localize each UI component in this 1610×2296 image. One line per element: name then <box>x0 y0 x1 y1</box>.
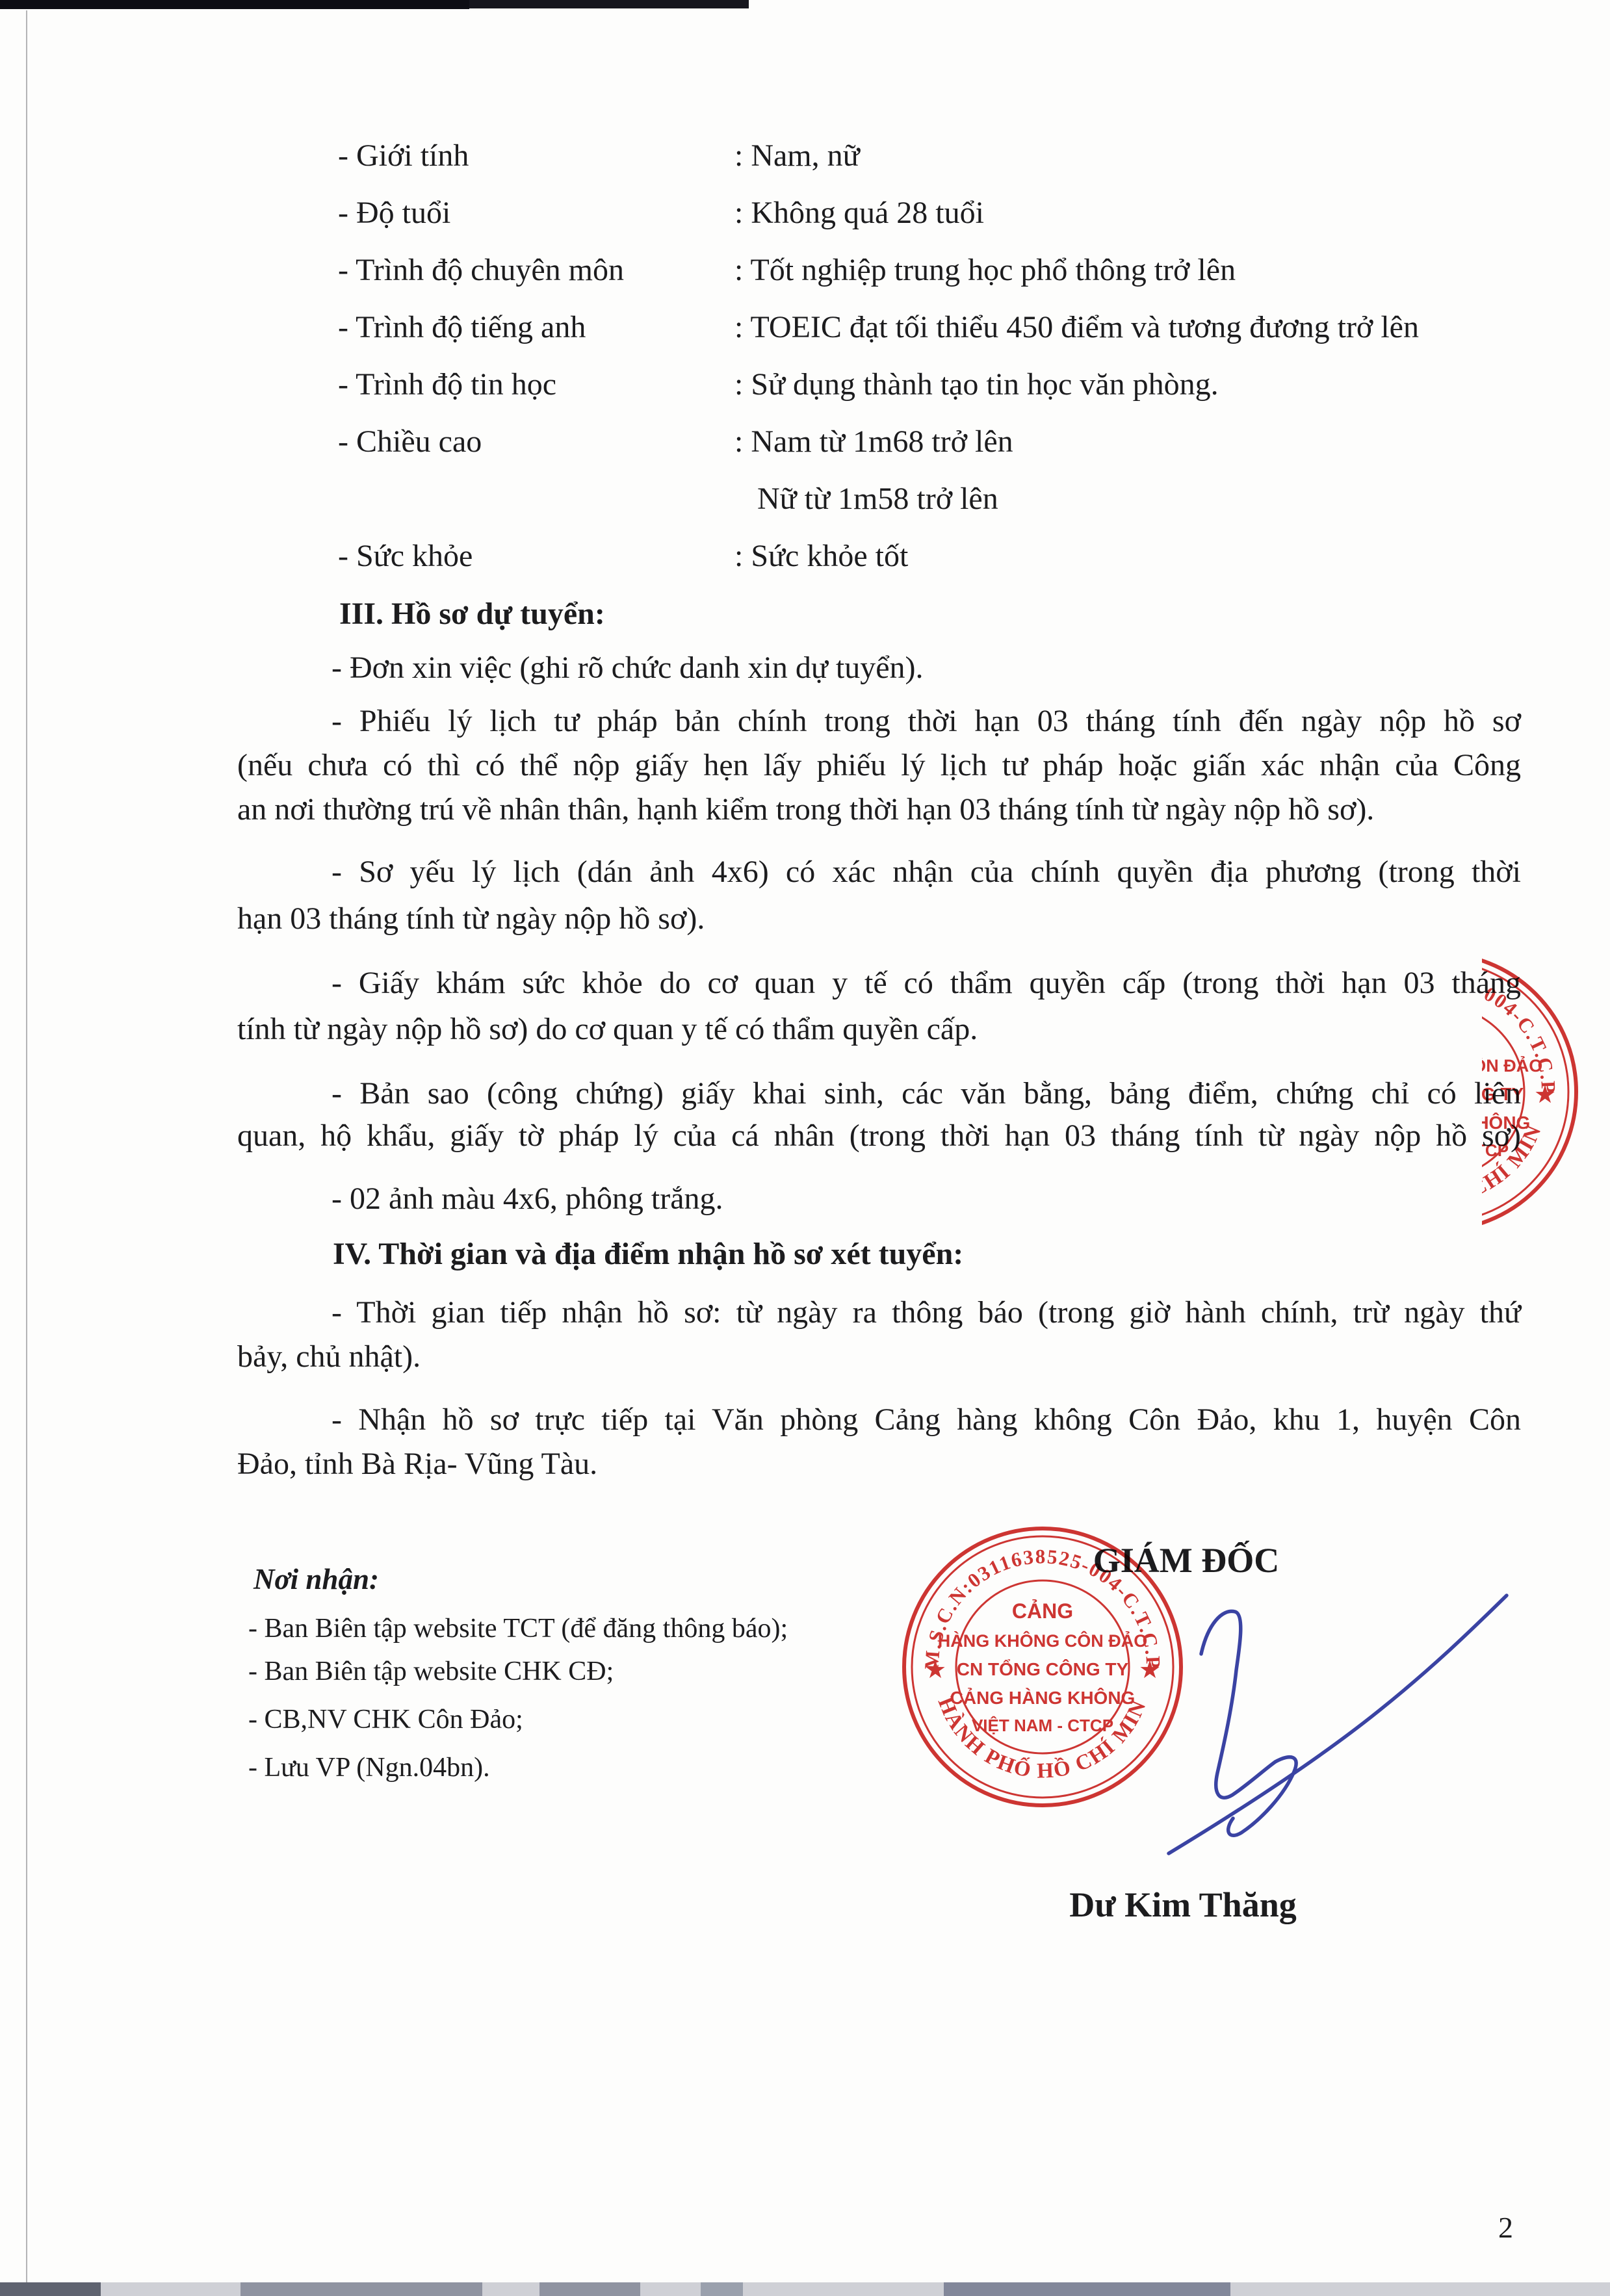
scan-artifact-bottom-segment <box>701 2282 743 2296</box>
seal-star-left-icon: ★ <box>924 1657 946 1684</box>
page-number: 2 <box>1498 2208 1513 2247</box>
requirement-label: - Độ tuổi <box>338 194 450 233</box>
section4-line: bảy, chủ nhật). <box>237 1337 421 1376</box>
section3-line: - 02 ảnh màu 4x6, phông trắng. <box>331 1180 723 1219</box>
seal-star-right-icon: ★ <box>1534 1081 1556 1109</box>
svg-text:M.S.C.N:0311638525-004-C.T.C.P: M.S.C.N:0311638525-004-C.T.C.P <box>1482 970 1560 1095</box>
seal-center-line: HÀNG KHÔNG CÔN ĐẢO <box>1482 1055 1542 1076</box>
document-page: - Giới tính : Nam, nữ - Độ tuổi : Không … <box>0 0 1610 2296</box>
seal-ring-top-text: M.S.C.N:0311638525-004-C.T.C.P <box>1482 970 1560 1095</box>
requirement-value: : Nam, nữ <box>734 136 860 175</box>
requirement-label: - Chiều cao <box>338 422 482 461</box>
requirement-label: - Trình độ tiếng anh <box>338 308 586 347</box>
section4-heading: IV. Thời gian và địa điểm nhận hồ sơ xét… <box>333 1235 963 1274</box>
section3-line: tính từ ngày nộp hồ sơ) do cơ quan y tế … <box>237 1010 978 1049</box>
scan-artifact-bottom-segment <box>944 2282 1230 2296</box>
section3-line: quan, hộ khẩu, giấy tờ pháp lý của cá nh… <box>237 1116 1521 1155</box>
requirement-value: : Nam từ 1m68 trở lên <box>734 422 1013 461</box>
requirement-label: - Trình độ tin học <box>338 365 556 404</box>
seal-center-line: VIỆT NAM - CTCP <box>1482 1141 1509 1160</box>
requirement-label: - Sức khỏe <box>338 537 473 576</box>
seal-center-line: CN TỔNG CÔNG TY <box>957 1658 1129 1679</box>
requirement-value: : Không quá 28 tuổi <box>734 194 984 233</box>
section4-line: - Nhận hồ sơ trực tiếp tại Văn phòng Cản… <box>237 1400 1521 1439</box>
section3-line: - Sơ yếu lý lịch (dán ảnh 4x6) có xác nh… <box>237 853 1521 892</box>
recipient-item: - CB,NV CHK Côn Đảo; <box>248 1702 523 1737</box>
seal-center-line: CẢNG HÀNG KHÔNG <box>1482 1112 1530 1133</box>
seal-center-line: CẢNG <box>1012 1599 1073 1623</box>
section3-line: - Giấy khám sức khỏe do cơ quan y tế có … <box>237 964 1521 1003</box>
section3-line: an nơi thường trú về nhân thân, hạnh kiể… <box>237 790 1374 829</box>
requirement-label: - Trình độ chuyên môn <box>338 251 624 290</box>
scan-artifact-bottom-segment <box>0 2282 101 2296</box>
section3-heading: III. Hồ sơ dự tuyển: <box>339 595 605 634</box>
requirement-value: : TOEIC đạt tối thiểu 450 điểm và tương … <box>734 308 1419 347</box>
scan-artifact-left-line <box>26 10 27 2296</box>
recipient-item: - Ban Biên tập website TCT (để đăng thôn… <box>248 1611 788 1646</box>
section3-line: - Bản sao (công chứng) giấy khai sinh, c… <box>237 1074 1521 1113</box>
section3-line: hạn 03 tháng tính từ ngày nộp hồ sơ). <box>237 899 705 938</box>
recipients-heading: Nơi nhận: <box>253 1560 379 1599</box>
scan-artifact-top-bar-dark <box>0 0 469 9</box>
section3-line: - Phiếu lý lịch tư pháp bản chính trong … <box>237 702 1521 741</box>
requirement-value: Nữ từ 1m58 trở lên <box>757 480 998 519</box>
recipient-item: - Ban Biên tập website CHK CĐ; <box>248 1654 614 1689</box>
requirement-value: : Sử dụng thành tạo tin học văn phòng. <box>734 365 1219 404</box>
recipient-item: - Lưu VP (Ngn.04bn). <box>248 1750 490 1785</box>
requirement-value: : Tốt nghiệp trung học phổ thông trở lên <box>734 251 1236 290</box>
section4-line: - Thời gian tiếp nhận hồ sơ: từ ngày ra … <box>237 1293 1521 1332</box>
partial-seal-stamp: M.S.C.N:0311638525-004-C.T.C.P THÀNH PHỐ… <box>1482 946 1581 1238</box>
requirement-label: - Giới tính <box>338 136 469 175</box>
requirement-value: : Sức khỏe tốt <box>734 537 908 576</box>
seal-center-line: CN TỔNG CÔNG TY <box>1482 1083 1524 1104</box>
scan-artifact-bottom-segment <box>240 2282 482 2296</box>
section3-line: - Đơn xin việc (ghi rõ chức danh xin dự … <box>331 649 924 688</box>
section4-line: Đảo, tỉnh Bà Rịa- Vũng Tàu. <box>237 1445 597 1484</box>
scan-artifact-bottom-segment <box>539 2282 640 2296</box>
signature-scribble <box>1105 1547 1573 1911</box>
seal-center-line: VIỆT NAM - CTCP <box>972 1716 1113 1735</box>
section3-line: (nếu chưa có thì có thể nộp giấy hẹn lấy… <box>237 746 1521 785</box>
